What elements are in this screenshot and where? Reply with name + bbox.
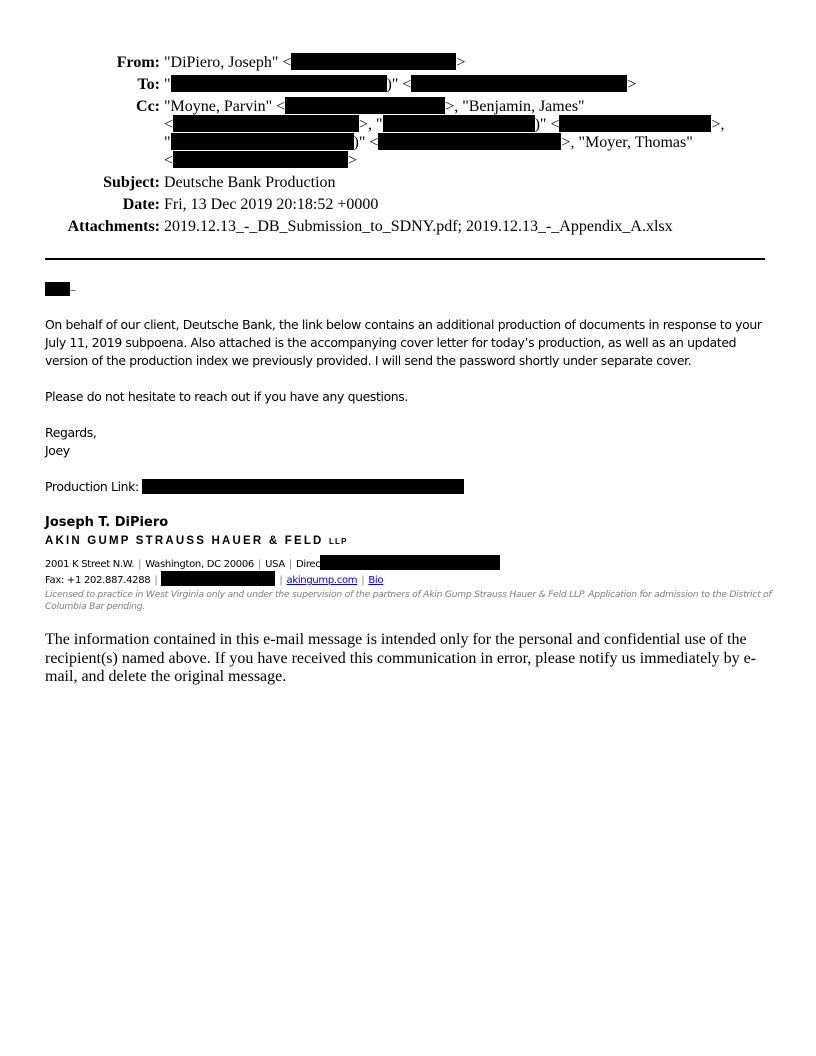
- redaction: [161, 571, 275, 586]
- cc-line-2: <>, ")" <>,: [164, 115, 725, 135]
- from-value: "DiPiero, Joseph" <>: [164, 53, 465, 73]
- subject-label: Subject:: [0, 173, 160, 193]
- redaction: [378, 133, 561, 150]
- body-paragraph-1: On behalf of our client, Deutsche Bank, …: [45, 316, 775, 370]
- signature-contact-line: Fax: +1 202.887.4288||akingump.com|Bio: [45, 571, 383, 586]
- body-paragraph-2: Please do not hesitate to reach out if y…: [45, 388, 775, 406]
- production-link-row: Production Link:: [45, 478, 775, 496]
- attachments-label: Attachments:: [0, 217, 160, 237]
- redaction: [45, 282, 70, 296]
- bio-link[interactable]: Bio: [368, 575, 383, 586]
- redaction: [411, 75, 627, 92]
- license-notice: Licensed to practice in West Virginia on…: [45, 589, 775, 613]
- cc-value: "Moyne, Parvin" <>, "Benjamin, James": [164, 97, 585, 117]
- from-label: From:: [0, 53, 160, 73]
- subject-value: Deutsche Bank Production: [164, 173, 336, 193]
- signature-firm: AKIN GUMP STRAUSS HAUER & FELD LLP: [45, 535, 348, 547]
- to-label: To:: [0, 75, 160, 95]
- cc-label: Cc:: [0, 97, 160, 117]
- to-value: ")" <>: [164, 75, 636, 95]
- cc-line-4: <>: [164, 151, 357, 171]
- signature-name: Joseph T. DiPiero: [45, 515, 168, 530]
- date-value: Fri, 13 Dec 2019 20:18:52 +0000: [164, 195, 378, 215]
- date-label: Date:: [0, 195, 160, 215]
- redaction: [285, 97, 445, 114]
- redaction: [173, 115, 359, 132]
- redaction: [383, 115, 535, 132]
- greeting: –: [45, 281, 775, 299]
- production-link-label: Production Link:: [45, 479, 139, 494]
- signature-address-line: 2001 K Street N.W.|Washington, DC 20006|…: [45, 555, 500, 570]
- confidentiality-disclaimer: The information contained in this e-mail…: [45, 631, 775, 687]
- redaction: [171, 133, 354, 150]
- redaction: [171, 75, 387, 92]
- cc-line-3: ")" <>, "Moyer, Thomas": [164, 133, 693, 153]
- attachments-value: 2019.12.13_-_DB_Submission_to_SDNY.pdf; …: [164, 217, 673, 237]
- redaction: [320, 555, 500, 570]
- closing: Regards,: [45, 424, 775, 442]
- redaction: [173, 151, 348, 168]
- redaction: [291, 53, 456, 70]
- redaction: [559, 115, 711, 132]
- signoff: Joey: [45, 442, 775, 460]
- header-divider: [45, 258, 765, 260]
- website-link[interactable]: akingump.com: [287, 575, 358, 586]
- production-link-redaction: [142, 479, 464, 494]
